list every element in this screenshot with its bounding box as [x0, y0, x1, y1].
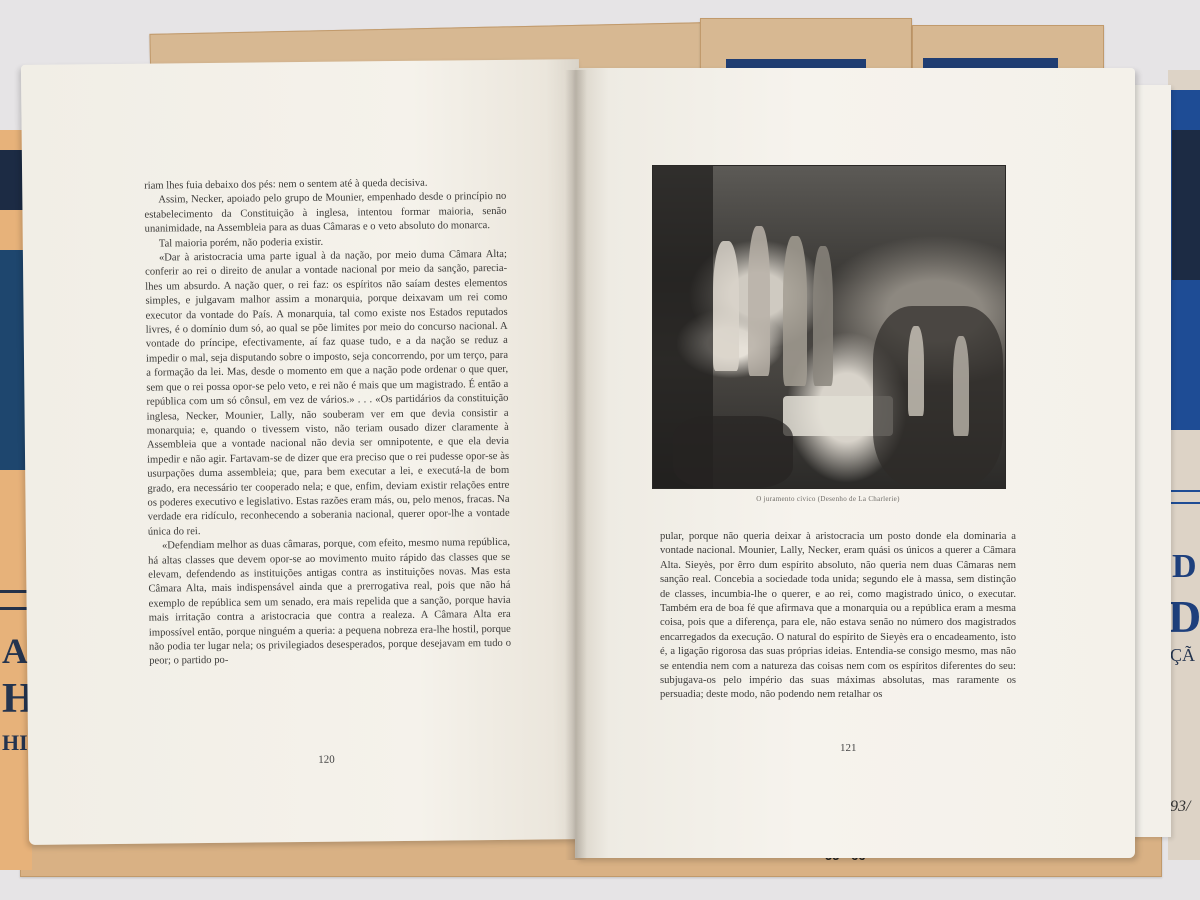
illustration-figure [748, 226, 770, 376]
left-page-text: riam lhes fuia debaixo dos pés: nem o se… [144, 176, 511, 670]
left-cover-letter: HI [2, 730, 28, 756]
illustration-figure [908, 326, 924, 416]
engraving-illustration [652, 165, 1006, 489]
illustration-figure [813, 246, 833, 386]
illustration-crowd [873, 306, 1003, 486]
paragraph: «Dar à aristocracia uma parte igual à da… [145, 248, 510, 540]
paragraph: «Defendiam melhor as duas câmaras, porqu… [148, 536, 511, 669]
left-page: riam lhes fuia debaixo dos pés: nem o se… [21, 59, 587, 845]
right-cover-letter: D [1172, 548, 1197, 586]
illustration-caption: O juramento cívico (Desenho de La Charle… [652, 495, 1004, 503]
cover-art-dark [1172, 130, 1200, 280]
illustration-figure [713, 241, 739, 371]
left-cover-letter: A [2, 630, 28, 672]
blue-band [923, 58, 1058, 68]
illustration-figure [953, 336, 969, 436]
paragraph: Assim, Necker, apoiado pelo grupo de Mou… [144, 190, 506, 237]
right-cover-handwritten-note: 93/ [1170, 798, 1190, 816]
right-cover-edge: D DE ÇÃ 93/ [1168, 70, 1200, 860]
page-number: 121 [840, 742, 857, 754]
right-cover-letter: DE [1168, 590, 1200, 643]
paragraph: pular, porque não queria deixar à aristo… [660, 530, 1016, 703]
right-page-text: pular, porque não queria deixar à aristo… [660, 530, 1016, 703]
cover-stripes [1168, 490, 1200, 504]
right-cover-letter: ÇÃ [1170, 645, 1195, 666]
illustration-foreground [673, 416, 793, 488]
illustration-figure [783, 236, 807, 386]
book-gutter [565, 70, 587, 860]
page-number: 120 [318, 754, 335, 766]
